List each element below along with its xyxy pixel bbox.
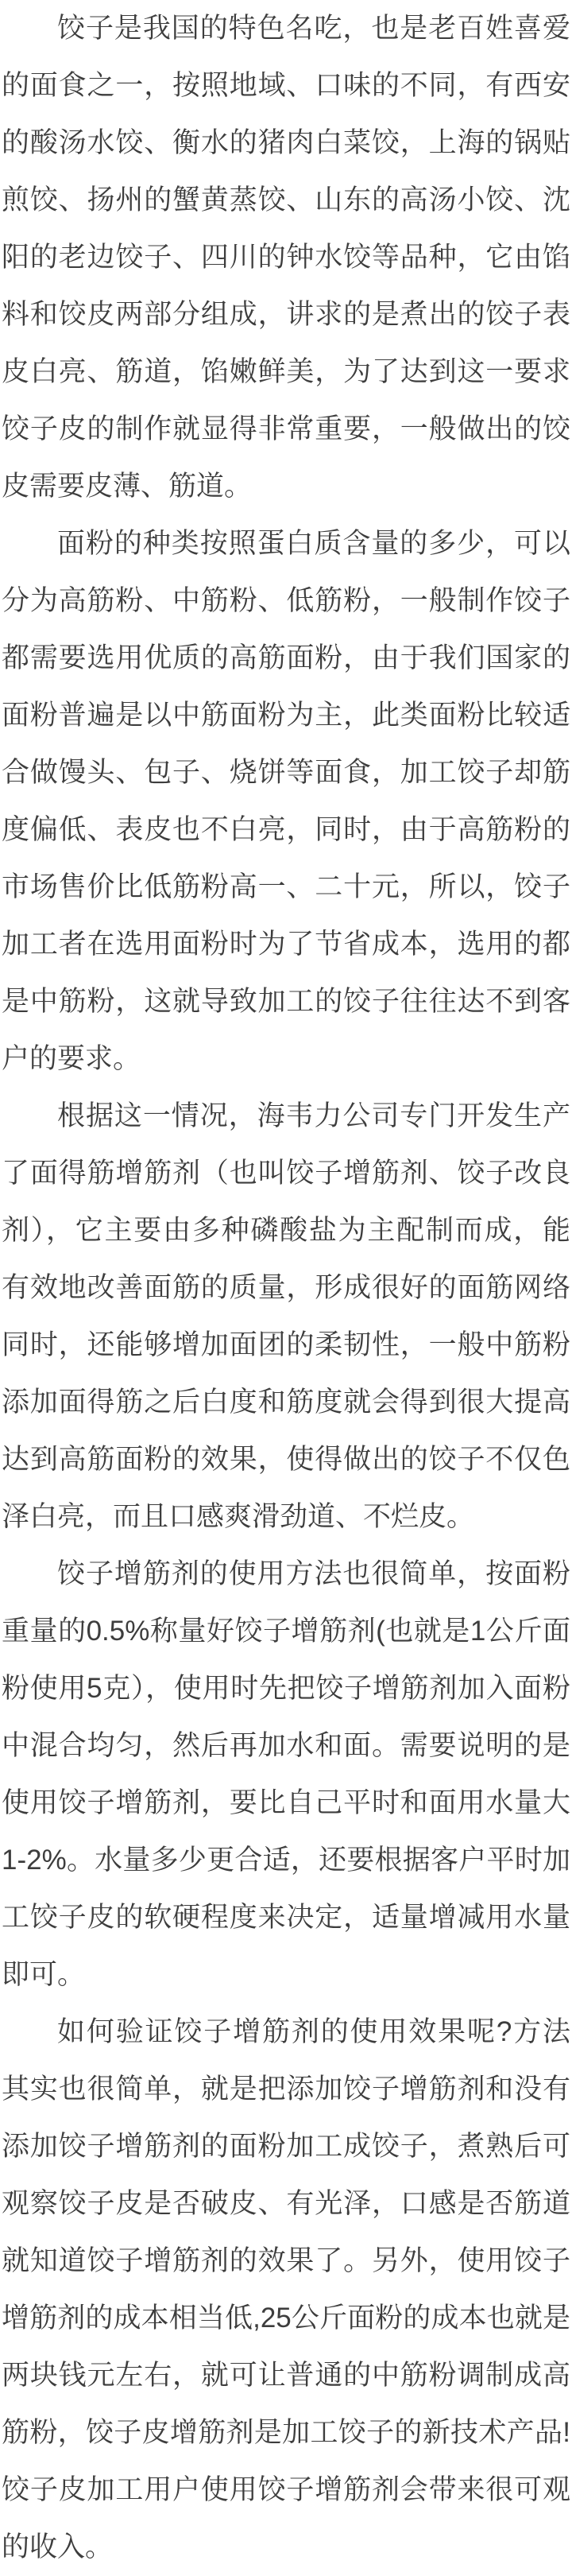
article-page: 饺子是我国的特色名吃，也是老百姓喜爱的面食之一，按照地域、口味的不同，有西安的酸… (0, 0, 572, 2576)
paragraph-dumpling-intro: 饺子是我国的特色名吃，也是老百姓喜爱的面食之一，按照地域、口味的不同，有西安的酸… (2, 0, 570, 515)
paragraph-flour-types: 面粉的种类按照蛋白质含量的多少，可以分为高筋粉、中筋粉、低筋粉，一般制作饺子都需… (2, 515, 570, 1088)
paragraph-gluten-enhancer-product: 根据这一情况，海韦力公司专门开发生产了面得筋增筋剂（也叫饺子增筋剂、饺子改良剂）… (2, 1088, 570, 1546)
paragraph-effect-verification: 如何验证饺子增筋剂的使用效果呢?方法其实也很简单，就是把添加饺子增筋剂和没有添加… (2, 2004, 570, 2576)
paragraph-usage-method: 饺子增筋剂的使用方法也很简单，按面粉重量的0.5%称量好饺子增筋剂(也就是1公斤… (2, 1546, 570, 2004)
article-body: 饺子是我国的特色名吃，也是老百姓喜爱的面食之一，按照地域、口味的不同，有西安的酸… (0, 0, 572, 2576)
